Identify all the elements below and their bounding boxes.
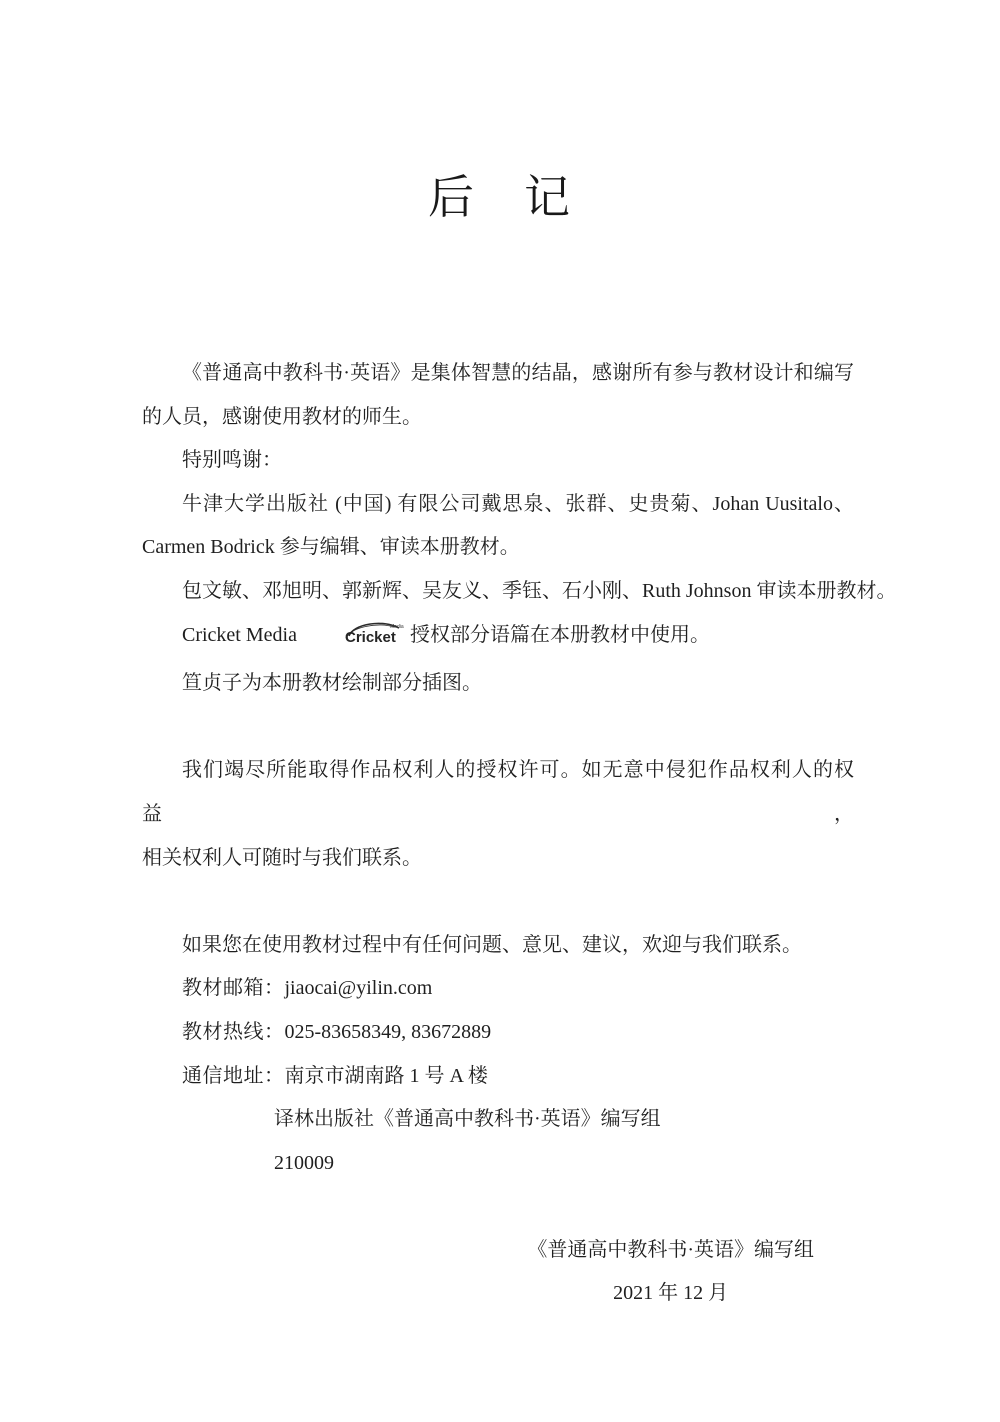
- postcode-line: 210009: [142, 1142, 854, 1186]
- hotline-label: 教材热线：: [182, 1021, 285, 1043]
- cricket-media-line: Cricket Media Cricket Media 授权部分语篇在本册教材中…: [142, 614, 854, 663]
- contact-intro-line: 如果您在使用教材过程中有任何问题、意见、建议，欢迎与我们联系。: [142, 924, 854, 968]
- cricket-media-text: Cricket Media: [182, 624, 297, 646]
- cricket-license-text: 授权部分语篇在本册教材中使用。: [410, 624, 710, 646]
- special-thanks-heading: 特别鸣谢：: [142, 439, 854, 483]
- spacer: [142, 706, 854, 750]
- oxford-credit-line-2: Carmen Bodrick 参与编辑、审读本册教材。: [142, 526, 854, 570]
- address-label: 通信地址：: [182, 1065, 285, 1087]
- signature-date: 2021 年 12 月: [527, 1272, 814, 1316]
- rights-line-1: 我们竭尽所能取得作品权利人的授权许可。如无意中侵犯作品权利人的权益，: [142, 749, 854, 836]
- email-label: 教材邮箱：: [182, 977, 285, 999]
- signature-group: 《普通高中教科书·英语》编写组: [527, 1229, 814, 1273]
- email-value: jiaocai@yilin.com: [285, 977, 433, 999]
- spacer: [142, 880, 854, 924]
- cricket-logo-word: Cricket: [345, 629, 396, 646]
- hotline-value: 025-83658349, 83672889: [285, 1021, 492, 1043]
- cricket-logo-media: Media: [390, 624, 404, 630]
- rights-line-2: 相关权利人可随时与我们联系。: [142, 837, 854, 881]
- afterword-page: 后 记 《普通高中教科书·英语》是集体智慧的结晶，感谢所有参与教材设计和编写 的…: [0, 0, 1000, 1422]
- email-line: 教材邮箱：jiaocai@yilin.com: [142, 967, 854, 1011]
- intro-paragraph-line-1: 《普通高中教科书·英语》是集体智慧的结晶，感谢所有参与教材设计和编写: [142, 352, 854, 396]
- cricket-media-logo-icon: Cricket Media: [303, 619, 405, 663]
- address-value: 南京市湖南路 1 号 A 楼: [285, 1065, 488, 1087]
- intro-paragraph-line-2: 的人员，感谢使用教材的师生。: [142, 396, 854, 440]
- illustrator-line: 笪贞子为本册教材绘制部分插图。: [142, 662, 854, 706]
- reviewers-line: 包文敏、邓旭明、郭新辉、吴友义、季钰、石小刚、Ruth Johnson 审读本册…: [142, 570, 854, 614]
- hotline-line: 教材热线：025-83658349, 83672889: [142, 1011, 854, 1055]
- oxford-credit-line-1: 牛津大学出版社 (中国) 有限公司戴思泉、张群、史贵菊、Johan Uusita…: [142, 483, 854, 527]
- address-line-2: 译林出版社《普通高中教科书·英语》编写组: [142, 1098, 854, 1142]
- signature-block: 《普通高中教科书·英语》编写组 2021 年 12 月: [527, 1229, 814, 1316]
- address-line: 通信地址：南京市湖南路 1 号 A 楼: [142, 1055, 854, 1099]
- page-title: 后 记: [0, 172, 1000, 224]
- spacer: [142, 1185, 854, 1229]
- body-text: 《普通高中教科书·英语》是集体智慧的结晶，感谢所有参与教材设计和编写 的人员，感…: [142, 352, 854, 1316]
